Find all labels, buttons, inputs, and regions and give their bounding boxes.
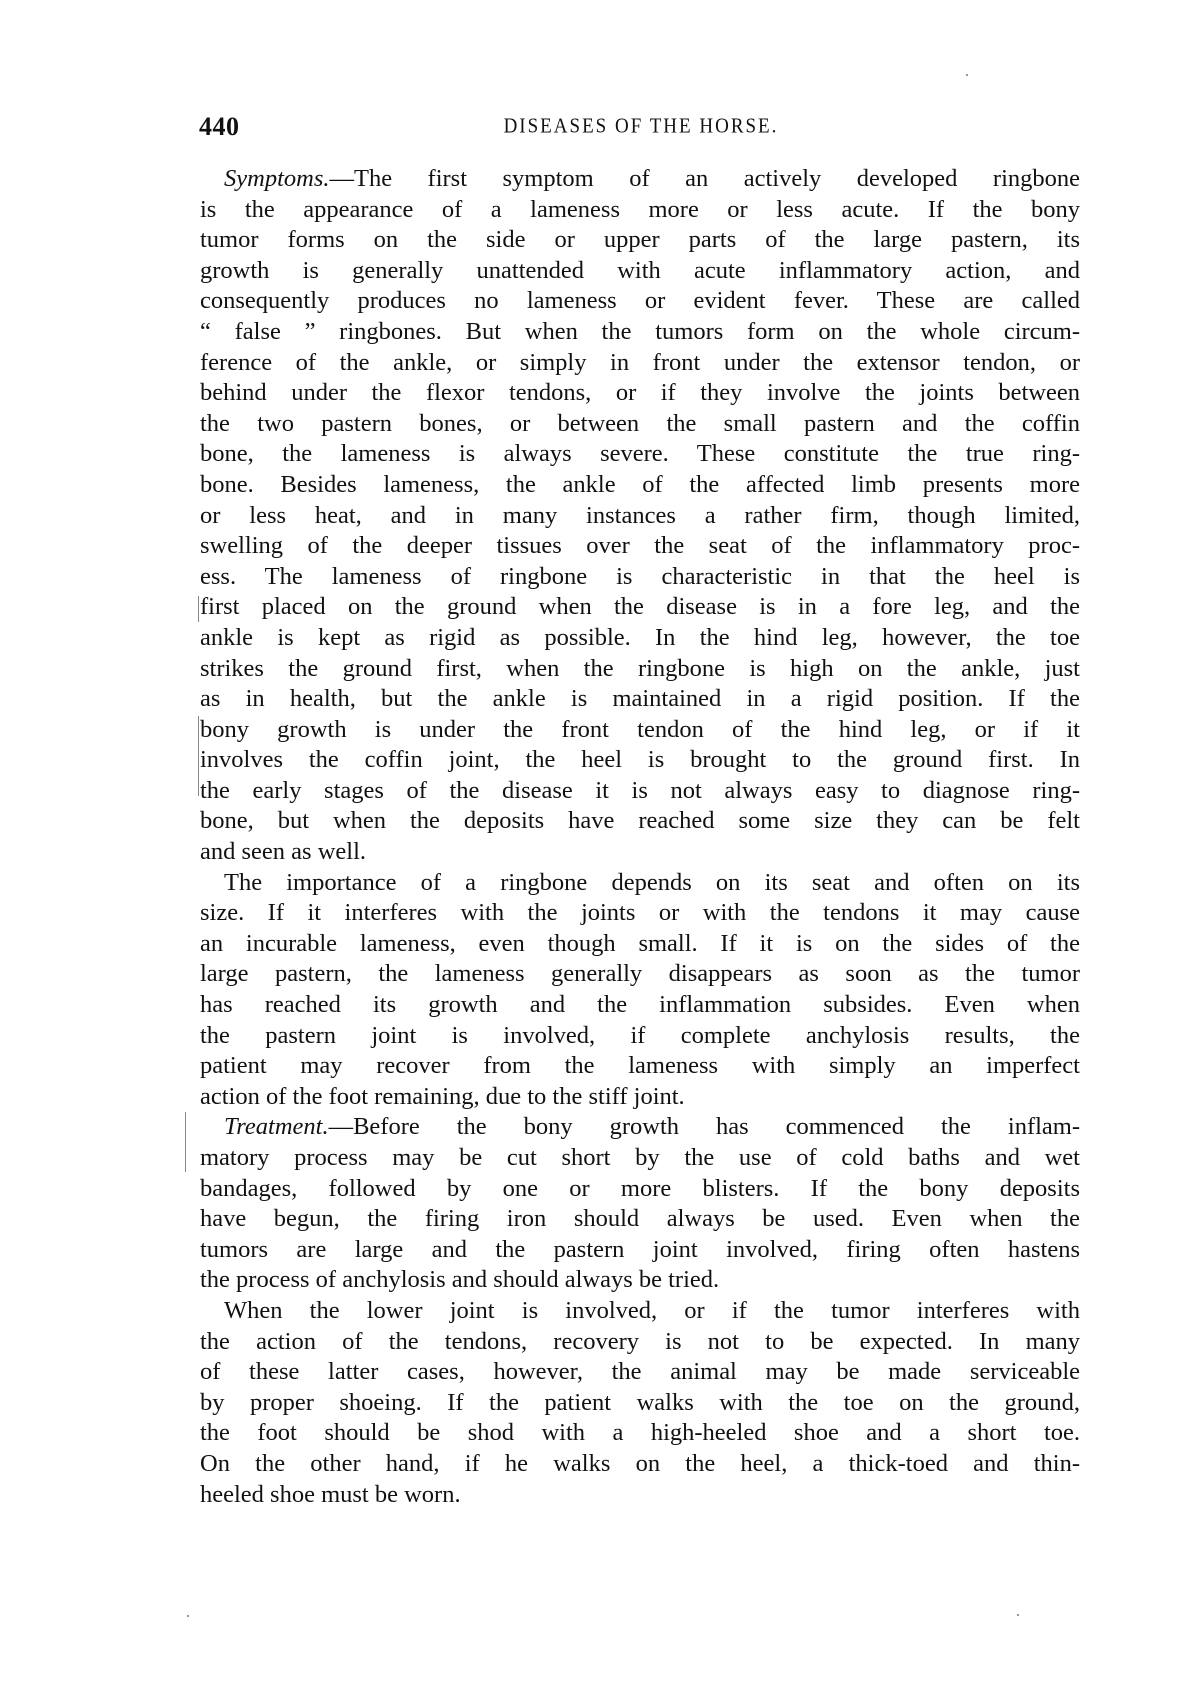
text-line: large pastern, the lameness generally di… [200,959,1080,990]
paragraph-treatment: Treatment.—Before the bony growth has co… [200,1112,1080,1296]
section-heading-treatment: Treatment. [224,1113,329,1140]
scan-artifact-rule [198,716,199,796]
text-line: involves the coffin joint, the heel is b… [200,745,1080,776]
text-line: the process of anchylosis and should alw… [200,1265,1080,1296]
scan-artifact-rule [198,596,199,622]
section-heading-symptoms: Symptoms. [224,165,329,192]
text-line: ess. The lameness of ringbone is charact… [200,562,1080,593]
text-line: ankle is kept as rigid as possible. In t… [200,623,1080,654]
running-head: 440 DISEASES OF THE HORSE. [199,112,1083,142]
text-line: “ false ” ringbones. But when the tumors… [200,317,1080,348]
text-line: tumor forms on the side or upper parts o… [200,225,1080,256]
text-line: strikes the ground first, when the ringb… [200,654,1080,685]
text-line: the foot should be shod with a high-heel… [200,1418,1080,1449]
text-line: the action of the tendons, recovery is n… [200,1327,1080,1358]
text-line: an incurable lameness, even though small… [200,929,1080,960]
paragraph-importance: The importance of a ringbone depends on … [200,868,1080,1113]
text-line: by proper shoeing. If the patient walks … [200,1388,1080,1419]
text-line: ference of the ankle, or simply in front… [200,348,1080,379]
text-line: has reached its growth and the inflammat… [200,990,1080,1021]
paragraph-symptoms: Symptoms.—The first symptom of an active… [200,164,1080,868]
running-title: DISEASES OF THE HORSE. [199,115,1083,139]
text-line: Symptoms.—The first symptom of an active… [200,164,1080,195]
text-line: size. If it interferes with the joints o… [200,898,1080,929]
text-line: behind under the flexor tendons, or if t… [200,378,1080,409]
text-line: On the other hand, if he walks on the he… [200,1449,1080,1480]
body-text: Symptoms.—The first symptom of an active… [200,164,1080,1510]
text-line: the two pastern bones, or between the sm… [200,409,1080,440]
text-line: of these latter cases, however, the anim… [200,1357,1080,1388]
text-line: Treatment.—Before the bony growth has co… [200,1112,1080,1143]
text-line: is the appearance of a lameness more or … [200,195,1080,226]
text-line: The importance of a ringbone depends on … [200,868,1080,899]
book-page: 440 DISEASES OF THE HORSE. Symptoms.—The… [0,0,1200,1701]
text-line: growth is generally unattended with acut… [200,256,1080,287]
scan-artifact-rule [185,1112,186,1172]
text-line: action of the foot remaining, due to the… [200,1082,1080,1113]
text-line: swelling of the deeper tissues over the … [200,531,1080,562]
text-line: patient may recover from the lameness wi… [200,1051,1080,1082]
text-line: as in health, but the ankle is maintaine… [200,684,1080,715]
text-line: bony growth is under the front tendon of… [200,715,1080,746]
text-line: consequently produces no lameness or evi… [200,286,1080,317]
text-line: the pastern joint is involved, if comple… [200,1021,1080,1052]
text-line: or less heat, and in many instances a ra… [200,501,1080,532]
text-line: bone, the lameness is always severe. The… [200,439,1080,470]
text-line: heeled shoe must be worn. [200,1480,1080,1511]
text-line: first placed on the ground when the dise… [200,592,1080,623]
scan-artifact-speck [1017,1614,1019,1616]
paragraph-lower-joint: When the lower joint is involved, or if … [200,1296,1080,1510]
text-line: the early stages of the disease it is no… [200,776,1080,807]
scan-artifact-speck [187,1615,189,1617]
text-line: matory process may be cut short by the u… [200,1143,1080,1174]
text-line: bandages, followed by one or more bliste… [200,1174,1080,1205]
scan-artifact-speck [966,74,968,76]
text-line: tumors are large and the pastern joint i… [200,1235,1080,1266]
text-line: When the lower joint is involved, or if … [200,1296,1080,1327]
text-line: bone, but when the deposits have reached… [200,806,1080,837]
text-line: have begun, the firing iron should alway… [200,1204,1080,1235]
text-line: bone. Besides lameness, the ankle of the… [200,470,1080,501]
text-line: and seen as well. [200,837,1080,868]
